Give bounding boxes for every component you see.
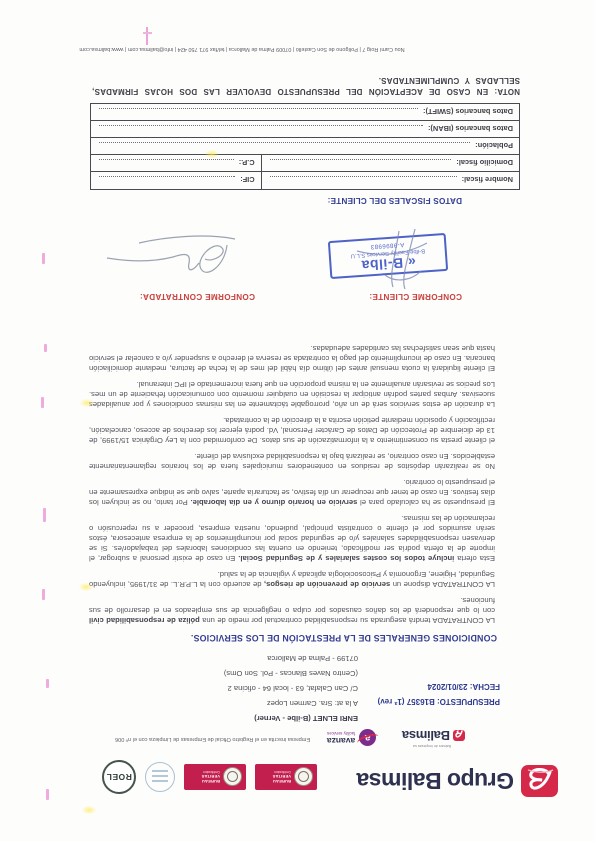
table-row: Población:	[91, 138, 519, 155]
field-label: Datos bancarios (IBAN):	[428, 124, 513, 133]
field-label: Población:	[475, 141, 513, 150]
registry-note: Empresa inscrita en el Registro Oficial …	[115, 736, 325, 742]
fill-in-line[interactable]	[99, 108, 418, 109]
contractor-signature-icon	[95, 218, 265, 293]
paragraph: El cliente liquidará la cuota mensual an…	[89, 343, 495, 373]
balimsa-small-logo: Balears de limpiezas sa Balimsa	[402, 729, 465, 747]
fill-in-line[interactable]	[270, 159, 452, 160]
roel-badge-label: ROEL	[106, 772, 132, 782]
bv-badge-text: BUREAU VERITAS	[257, 774, 291, 784]
conditions-paragraphs: LA CONTRATADA tendrá asegurada su respon…	[89, 337, 495, 625]
field-label: Nombre fiscal:	[462, 175, 513, 184]
fiscal-data-table: Nombre fiscal: CIF: Domicilio fiscal: C.…	[90, 103, 520, 190]
client-signature-scrawl-icon	[335, 221, 445, 301]
paragraph: La duración de estos servicios será de u…	[89, 379, 495, 409]
field-label: CIF:	[240, 175, 254, 184]
presupuesto-number: PRESUPUESTO: B16357 (1ª rev)	[378, 694, 500, 709]
bv-badge-subtext: Certification	[257, 770, 291, 774]
grupo-balimsa-logo-text: Grupo Balimsa	[357, 768, 514, 795]
paragraph: LA CONTRATADA dispone un servicio de pre…	[89, 569, 495, 589]
avanza-circle-icon: a	[359, 729, 376, 746]
balimsa-swoosh-icon	[453, 730, 465, 741]
quote-block: PRESUPUESTO: B16357 (1ª rev) FECHA: 23/0…	[378, 679, 500, 709]
paragraph: LA CONTRATADA tendrá asegurada su respon…	[89, 595, 495, 625]
bv-badge-text: BUREAU VERITAS	[186, 774, 220, 784]
conforme-contratada-label: CONFORME CONTRATADA:	[140, 292, 255, 301]
fill-in-line[interactable]	[270, 176, 457, 177]
recipient-address-line3: 07199 - Palma de Mallorca	[224, 651, 358, 666]
recipient-address-line2: (Centro Naves Blancas - Pol. Son Oms)	[224, 666, 358, 681]
table-row: Nombre fiscal: CIF:	[91, 172, 519, 189]
avanza-logo: a avanza facility services	[327, 729, 376, 746]
fill-in-line[interactable]	[99, 125, 423, 126]
document-page-rotated-180: Grupo Balimsa BUREAU VERITASCertificatio…	[0, 0, 595, 841]
paragraph: Esta oferta incluye todos los costes sal…	[89, 513, 495, 563]
paragraph: el cliente presta su consentimiento a la…	[89, 415, 495, 445]
field-label: Domicilio fiscal:	[456, 158, 513, 167]
table-row: Datos bancarios (IBAN):	[91, 121, 519, 138]
bv-seal-icon	[294, 768, 313, 787]
fiscal-data-heading: DATOS FISCALES DEL CLIENTE:	[327, 196, 462, 205]
avanza-logo-subtext: facility services	[327, 731, 355, 735]
bv-seal-icon	[223, 768, 242, 787]
fill-in-line[interactable]	[99, 159, 234, 160]
recipient-address-block: ENRI ELNET (B-ilbe - Verner) A la at: Sr…	[224, 651, 358, 726]
balimsa-logo-text: Balimsa	[402, 729, 450, 742]
scanned-document: Grupo Balimsa BUREAU VERITASCertificatio…	[0, 0, 595, 841]
cert-circle-badge-icon	[145, 762, 175, 792]
recipient-attention: A la at: Sra. Carmen Lopez	[224, 696, 358, 711]
fill-in-line[interactable]	[99, 142, 470, 143]
footer-contact-line: Nou Camí Roig 7 | Polígono de Son Castel…	[57, 46, 427, 52]
balimsa-swoosh-icon	[521, 765, 558, 797]
table-row: Datos bancarios (SWIFT):	[91, 104, 519, 121]
recipient-address-line1: C/ Can Calafat, 63 - local 64 - oficina …	[224, 681, 358, 696]
document-title: CONDICIONES GENERALES DE LA PRESTACIÓN D…	[191, 633, 497, 643]
nota-text: NOTA: EN CASO DE ACEPTACIÓN DEL PRESUPUE…	[92, 75, 520, 97]
roel-badge-icon: ROEL	[102, 760, 136, 794]
table-row: Domicilio fiscal: C.P.:	[91, 155, 519, 172]
fecha: FECHA: 23/01/2024	[378, 679, 500, 694]
balimsa-tagline: Balears de limpiezas sa	[402, 743, 451, 747]
grupo-balimsa-logo: Grupo Balimsa	[357, 765, 558, 797]
field-label: Datos bancarios (SWIFT):	[423, 107, 513, 116]
field-label: C.P.:	[239, 158, 255, 167]
bureau-veritas-badge-icon: BUREAU VERITASCertification	[184, 764, 246, 790]
recipient-name: ENRI ELNET (B-ilbe - Verner)	[224, 711, 358, 726]
certification-badges: BUREAU VERITASCertification BUREAU VERIT…	[102, 760, 317, 794]
bureau-veritas-badge-icon: BUREAU VERITASCertification	[255, 764, 317, 790]
bv-badge-subtext: Certification	[186, 770, 220, 774]
paragraph: No se realizarán depósitos de residuos e…	[89, 451, 495, 471]
fill-in-line[interactable]	[99, 176, 235, 177]
avanza-logo-text: avanza	[327, 736, 355, 745]
paragraph: El presupuesto se ha calculado para el s…	[89, 477, 495, 507]
